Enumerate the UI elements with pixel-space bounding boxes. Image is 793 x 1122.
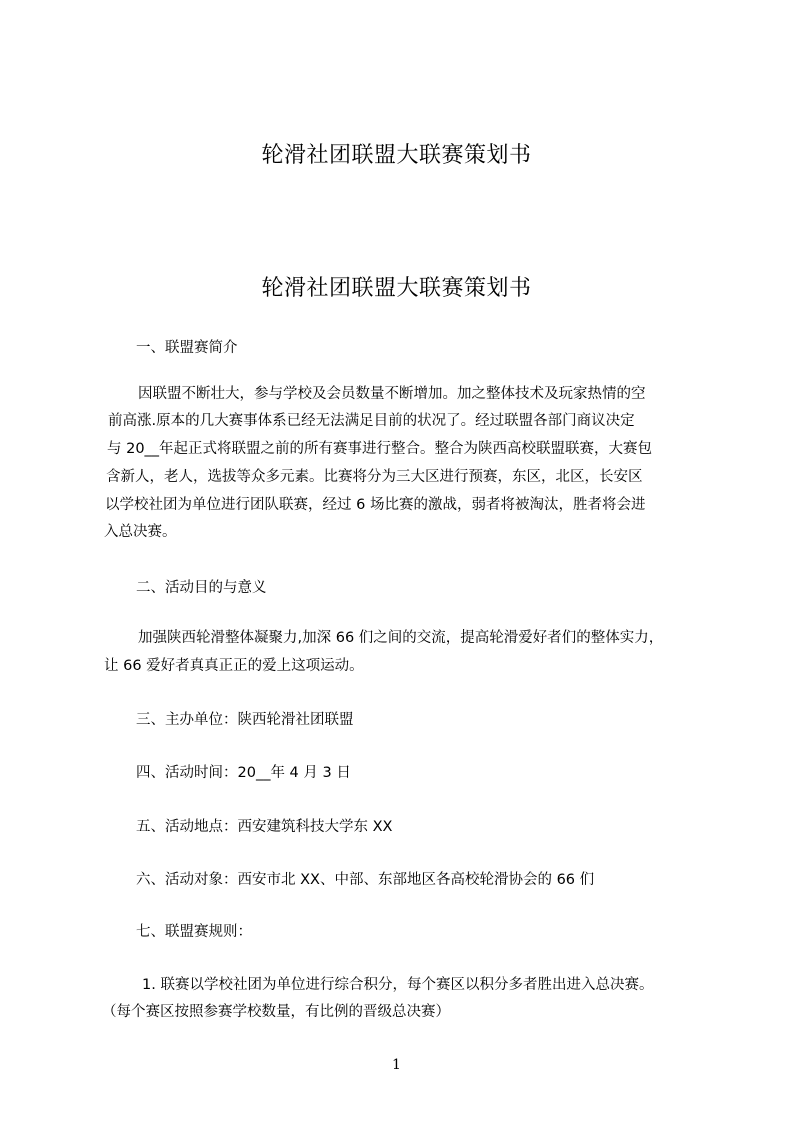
section-heading-time: 四、活动时间：20__年 4 月 3 日 [136,763,351,783]
paragraph-line: 前高涨.原本的几大赛事体系已经无法满足目前的状况了。经过联盟各部门商议决定 [108,411,635,431]
section-heading-rules: 七、联盟赛规则： [136,922,252,942]
main-title: 轮滑社团联盟大联赛策划书 [0,274,793,304]
page-number: 1 [0,1056,793,1074]
section-heading-intro: 一、联盟赛简介 [136,338,238,358]
cover-title: 轮滑社团联盟大联赛策划书 [0,141,793,171]
paragraph-line: 含新人，老人，选拔等众多元素。比赛将分为三大区进行预赛，东区，北区，长安区 [106,467,643,487]
paragraph-line: 以学校社团为单位进行团队联赛，经过 6 场比赛的激战，弱者将被淘汰，胜者将会进 [105,495,645,515]
paragraph-line: 与 20__年起正式将联盟之前的所有赛事进行整合。整合为陕西高校联盟联赛，大赛包 [107,439,652,459]
section-heading-organizer: 三、主办单位：陕西轮滑社团联盟 [136,710,354,730]
paragraph-line: 让 66 爱好者真真正正的爱上这项运动。 [104,656,364,676]
paragraph-line: 加强陕西轮滑整体凝聚力,加深 66 们之间的交流，提高轮滑爱好者们的整体实力， [138,628,663,648]
paragraph-line: 因联盟不断壮大，参与学校及会员数量不断增加。加之整体技术及玩家热情的空 [138,384,646,404]
paragraph-line: 入总决赛。 [104,522,177,542]
section-heading-purpose: 二、活动目的与意义 [136,578,267,598]
rule-item-note: （每个赛区按照参赛学校数量，有比例的晋级总决赛） [102,1002,450,1022]
document-page: 轮滑社团联盟大联赛策划书 轮滑社团联盟大联赛策划书 一、联盟赛简介 因联盟不断壮… [0,0,793,1122]
section-heading-audience: 六、活动对象：西安市北 XX、中部、东部地区各高校轮滑协会的 66 们 [136,870,594,890]
section-heading-venue: 五、活动地点：西安建筑科技大学东 XX [136,817,392,837]
rule-item: 1. 联赛以学校社团为单位进行综合积分，每个赛区以积分多者胜出进入总决赛。 [142,975,653,995]
